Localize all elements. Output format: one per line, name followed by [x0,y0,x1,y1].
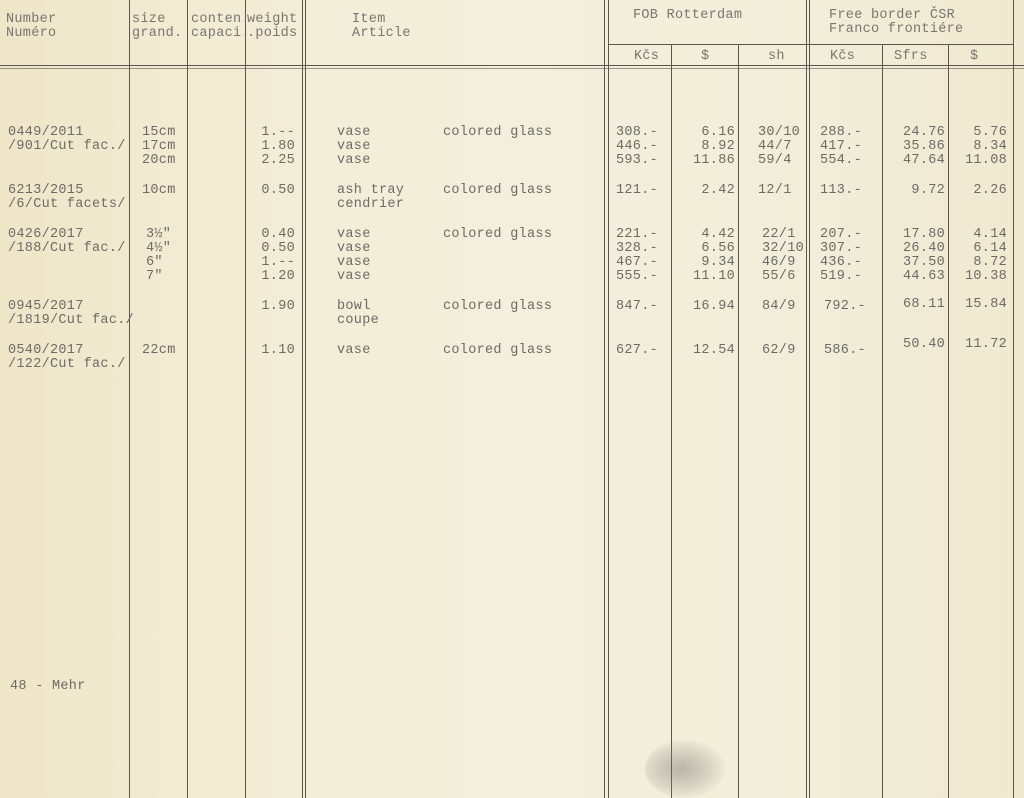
row-material: colored glass [443,126,552,140]
row-fob-usd: 12.54 [672,344,735,358]
row-items: vasevasevase [337,126,371,168]
rule-header-bottom [0,65,1024,66]
header-number: NumberNuméro [6,13,56,41]
row-fob-sh: 84/9 [762,300,796,314]
subheader-free-usd: $ [970,50,978,64]
row-fob-usd: 2.42 [672,184,735,198]
row-items: vasevasevasevase [337,228,371,284]
row-free-sfrs: 9.72 [883,184,945,198]
row-fob-usd: 16.94 [672,300,735,314]
rule-subheader-top [608,44,1013,45]
row-material: colored glass [443,228,552,242]
row-number: 0426/2017/188/Cut fac./ [8,228,126,256]
rule-item-left [302,0,303,798]
row-free-kcs: 586.- [824,344,866,358]
row-free-kcs: 792.- [824,300,866,314]
row-fob-sh: 22/132/1046/955/6 [762,228,804,284]
rule-content-left [187,0,188,798]
row-sizes: 15cm17cm20cm [142,126,176,168]
row-material: colored glass [443,184,552,198]
row-weights: 0.50 [245,184,295,198]
row-sizes: 22cm [142,344,176,358]
row-fob-kcs: 308.-446.-593.- [616,126,658,168]
row-fob-kcs: 121.- [616,184,658,198]
header-size: sizegrand. [132,13,182,41]
row-free-usd: 4.146.148.7210.38 [949,228,1007,284]
row-weights: 1.90 [245,300,295,314]
rule-free-left-double [809,0,810,798]
subheader-fob-sh: sh [768,50,785,64]
row-number: 0449/2011/901/Cut fac./ [8,126,126,154]
row-free-usd: 2.26 [949,184,1007,198]
row-sizes: 10cm [142,184,176,198]
row-sizes: 3½"4½"6"7" [146,228,171,284]
row-items: ash traycendrier [337,184,404,212]
row-free-usd: 11.72 [949,338,1007,352]
row-free-kcs: 113.- [820,184,862,198]
subheader-fob-usd: $ [701,50,709,64]
row-fob-usd: 6.168.9211.86 [672,126,735,168]
row-free-sfrs: 50.40 [883,338,945,352]
row-material: colored glass [443,344,552,358]
row-free-sfrs: 68.11 [883,298,945,312]
rule-free-left [806,0,807,798]
row-free-kcs: 207.-307.-436.-519.- [820,228,862,284]
rule-item-left-double [305,0,306,798]
row-material: colored glass [443,300,552,314]
paper-stain [645,740,725,798]
header-fob: FOB Rotterdam [633,9,742,23]
row-free-usd: 5.768.3411.08 [949,126,1007,168]
row-weights: 0.400.501.--1.20 [245,228,295,284]
row-fob-kcs: 627.- [616,344,658,358]
rule-fob-left-double [608,0,609,798]
footer-note: 48 - Mehr [10,680,86,694]
rule-fob-sh-left [738,44,739,798]
rule-fob-left [604,0,605,798]
row-fob-kcs: 221.-328.-467.-555.- [616,228,658,284]
subheader-fob-kcs: Kčs [634,50,659,64]
row-free-kcs: 288.-417.-554.- [820,126,862,168]
row-weights: 1.--1.802.25 [245,126,295,168]
row-free-sfrs: 17.8026.4037.5044.63 [883,228,945,284]
row-free-sfrs: 24.7635.8647.64 [883,126,945,168]
header-content: conten.capaci. [191,13,250,41]
row-fob-sh: 30/1044/759/4 [758,126,800,168]
rule-header-bottom-double [0,68,1024,69]
row-fob-sh: 62/9 [762,344,796,358]
header-free-border: Free border ČSRFranco frontiére [829,9,963,37]
row-free-usd: 15.84 [949,298,1007,312]
row-fob-kcs: 847.- [616,300,658,314]
row-number: 0540/2017/122/Cut fac./ [8,344,126,372]
rule-weight-left [245,0,246,798]
header-weight: weight.poids [247,13,297,41]
rule-right-edge [1013,0,1014,798]
row-items: vase [337,344,371,358]
subheader-free-kcs: Kčs [830,50,855,64]
row-items: bowlcoupe [337,300,379,328]
rule-size-left [129,0,130,798]
row-weights: 1.10 [245,344,295,358]
header-item: ItemArticle [352,13,411,41]
row-number: 0945/2017/1819/Cut fac./ [8,300,134,328]
row-fob-sh: 12/1 [758,184,792,198]
row-number: 6213/2015/6/Cut facets/ [8,184,126,212]
row-fob-usd: 4.426.569.3411.10 [672,228,735,284]
subheader-free-sfrs: Sfrs [894,50,928,64]
